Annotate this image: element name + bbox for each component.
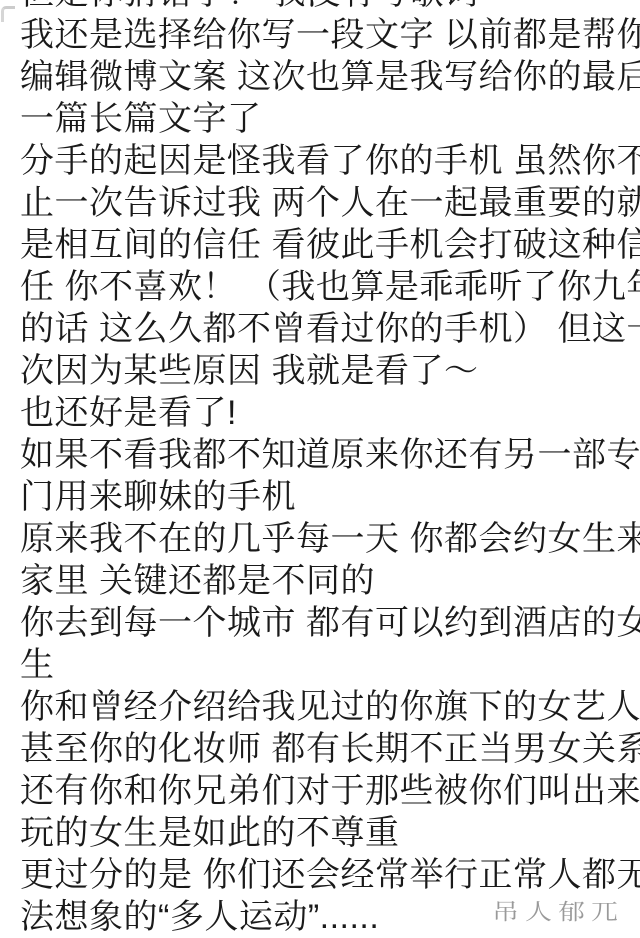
text-line: 更过分的是 你们还会经常举行正常人都无	[20, 854, 628, 896]
text-line: 也还好是看了!	[20, 392, 628, 434]
text-line: 门用来聊妹的手机	[20, 476, 628, 518]
text-line: 还有你和你兄弟们对于那些被你们叫出来	[20, 770, 628, 812]
text-line: 任 你不喜欢！ （我也算是乖乖听了你九年	[20, 266, 628, 308]
text-line: 你和曾经介绍给我见过的你旗下的女艺人	[20, 686, 628, 728]
text-line: 生	[20, 644, 628, 686]
text-line: 原来我不在的几乎每一天 你都会约女生来	[20, 518, 628, 560]
watermark: 吊人郁兀	[492, 894, 624, 926]
text-line: 如果不看我都不知道原来你还有另一部专	[20, 434, 628, 476]
text-line: 家里 关键还都是不同的	[20, 560, 628, 602]
letter-text: 但是你猜错了！ 我没有写歌词 我还是选择给你写一段文字 以前都是帮你 编辑微博文…	[20, 0, 628, 938]
text-line: 止一次告诉过我 两个人在一起最重要的就	[20, 182, 628, 224]
text-line: 分手的起因是怪我看了你的手机 虽然你不	[20, 140, 628, 182]
text-line: 是相互间的信任 看彼此手机会打破这种信	[20, 224, 628, 266]
text-line: 我还是选择给你写一段文字 以前都是帮你	[20, 14, 628, 56]
cropped-ui-fragment	[1, 6, 15, 22]
text-line: 次因为某些原因 我就是看了～	[20, 350, 628, 392]
text-screenshot-page: 但是你猜错了！ 我没有写歌词 我还是选择给你写一段文字 以前都是帮你 编辑微博文…	[0, 0, 640, 938]
text-line: 编辑微博文案 这次也算是我写给你的最后	[20, 56, 628, 98]
text-line: 玩的女生是如此的不尊重	[20, 812, 628, 854]
text-line: 你去到每一个城市 都有可以约到酒店的女	[20, 602, 628, 644]
text-line-clipped: 但是你猜错了！ 我没有写歌词	[20, 0, 628, 14]
text-line: 的话 这么久都不曾看过你的手机） 但这一	[20, 308, 628, 350]
text-line: 甚至你的化妆师 都有长期不正当男女关系	[20, 728, 628, 770]
text-line: 一篇长篇文字了	[20, 98, 628, 140]
